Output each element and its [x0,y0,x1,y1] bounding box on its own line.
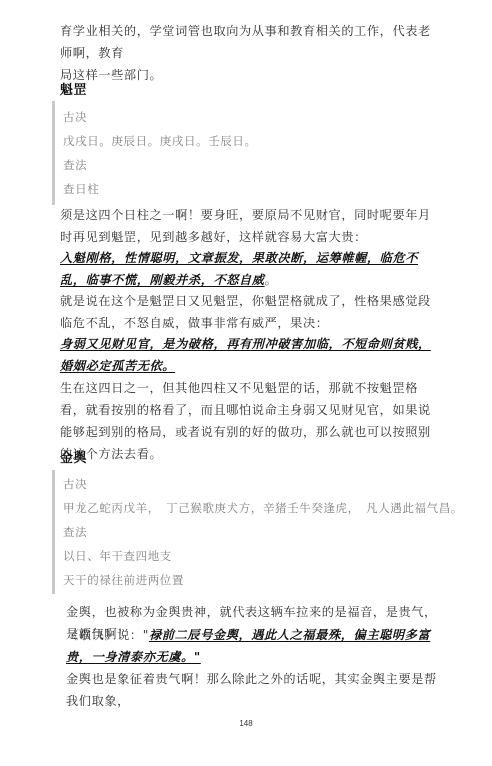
blockquote-kuigang: 古决 戊戌日。庚辰日。庚戌日。壬辰日。 查法 查日柱 [52,101,257,205]
section-heading-kuigang: 魁罡 [60,79,87,98]
paragraph-kuigang-3: 生在这四日之一，但其他四柱又不见魁罡的话，那就不按魁罡格看，就看按别的格看了，而… [60,377,440,465]
quote-text-days: 戊戌日。庚辰日。庚戌日。壬辰日。 [63,129,257,153]
paragraph-kuigang-1: 须是这四个日柱之一啊！要身旺，要原局不见财官，同时呢要年月时再见到魁罡，见到越多… [60,204,440,248]
intro-line-1: 育学业相关的，学堂词管也取向为从事和教育相关的工作，代表老师啊，教育 [60,24,431,60]
quote-text-verse: 甲龙乙蛇丙戊羊， 丁己猴歌庚犬方，辛猪壬牛癸逢虎， 凡人遇此福气昌。 [63,496,463,520]
quote-text-method: 查日柱 [63,177,257,201]
intro-paragraph: 育学业相关的，学堂词管也取向为从事和教育相关的工作，代表老师啊，教育 局这样一些… [60,20,440,86]
quote-label-chafa: 查法 [63,153,257,177]
document-page: 育学业相关的，学堂词管也取向为从事和教育相关的工作，代表老师啊，教育 局这样一些… [0,0,492,766]
emphasis-kuigang-2: 身弱又见财见官，是为破格，再有刑冲破害加临，不短命则贫贱，婚姻必定孤苦无依。 [60,333,440,377]
emphasis-kuigang-1: 入魁刚格，性情聪明，文章振发，果敢决断，运筹帷幄，临危不乱，临事不慌，刚毅并杀，… [60,247,440,291]
paragraph-jinyu-2: 金舆也是象征着贵气啊！那么除此之外的话呢，其实金舆主要是帮我们取象， [66,668,446,712]
quote-label-gujue: 古决 [63,105,257,129]
page-number: 148 [0,719,492,728]
section-heading-jinyu: 金舆 [60,447,87,466]
quote-label-chafa: 查法 [63,520,463,544]
paragraph-kuigang-2: 就是说在这个是魁罡日又见魁罡，你魁罡格就成了，性格果感觉段临危不乱，不怒自威，做… [60,290,440,334]
quote-text-method-2: 天干的禄往前进两位置 [63,568,463,592]
quote-label-gujue: 古决 [63,472,463,496]
emphasis-text: 入魁刚格，性情聪明，文章振发，果敢决断，运筹帷幄，临危不乱，临事不慌，刚毅并杀，… [60,251,418,287]
emphasis-text: 身弱又见财见官，是为破格，再有刑冲破害加临，不短命则贫贱，婚姻必定孤苦无依。 [60,337,431,373]
blockquote-jinyu: 古决 甲龙乙蛇丙戊羊， 丁己猴歌庚犬方，辛猪壬牛癸逢虎， 凡人遇此福气昌。 查法… [52,470,463,594]
quote-text-method-1: 以日、年干查四地支 [63,544,463,568]
paragraph-jinyu-song: 《歌诀》说："禄前二辰号金舆，遇此人之福最殊，偏主聪明多富贵，一身清泰亦无虞。" [66,624,446,668]
